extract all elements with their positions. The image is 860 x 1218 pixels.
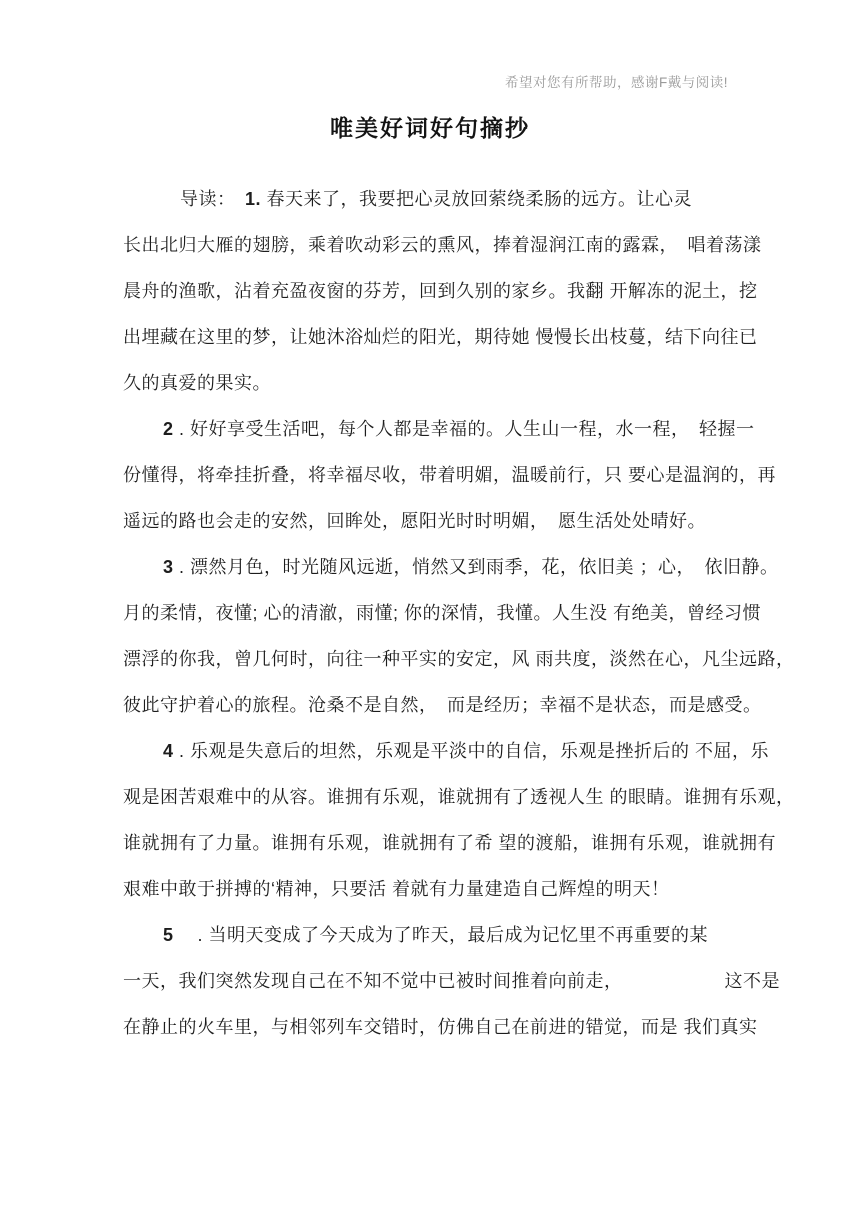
paragraph-line: 导读： 1. 春天来了，我要把心灵放回萦绕柔肠的远方。让心灵 [123, 176, 748, 222]
line-text: 春天来了，我要把心灵放回萦绕柔肠的远方。让心灵 [261, 189, 692, 209]
paragraph-line: 观是困苦艰难中的从容。谁拥有乐观，谁就拥有了透视人生 的眼睛。谁拥有乐观， [123, 774, 748, 820]
line-text: 久的真爱的果实。 [123, 373, 271, 393]
list-number: 2 [163, 419, 174, 439]
line-text: 彼此守护着心的旅程。沧桑不是自然， 而是经历；幸福不是状态，而是感受。 [123, 695, 762, 715]
line-text: . 好好享受生活吧，每个人都是幸福的。人生山一程，水一程， 轻握一 [174, 419, 755, 439]
line-text: . 当明天变成了今天成为了昨天，最后成为记忆里不再重要的某 [174, 925, 709, 945]
document-page: 希望对您有所帮助，感谢F戴与阅读! 唯美好词好句摘抄 导读： 1. 春天来了，我… [0, 0, 860, 1218]
document-body: 导读： 1. 春天来了，我要把心灵放回萦绕柔肠的远方。让心灵 长出北归大雁的翅膀… [123, 176, 748, 1050]
list-number: 5 [163, 925, 174, 945]
list-number: 3 [163, 557, 174, 577]
line-text: 月的柔情，夜懂; 心的清澈，雨懂; 你的深情，我懂。人生没 有绝美，曾经习惯 [123, 603, 761, 623]
paragraph-line: 一天，我们突然发现自己在不知不觉中已被时间推着向前走， 这不是 [123, 958, 748, 1004]
header-note: 希望对您有所帮助，感谢F戴与阅读! [505, 71, 728, 91]
paragraph-line: 长出北归大雁的翅膀，乘着吹动彩云的熏风，捧着湿润江南的露霖， 唱着荡漾 [123, 222, 748, 268]
paragraph-line: 漂浮的你我，曾几何时，向往一种平实的安定，风 雨共度，淡然在心，凡尘远路， [123, 636, 748, 682]
paragraph-line: 久的真爱的果实。 [123, 360, 748, 406]
paragraph-line: 份懂得，将牵挂折叠，将幸福尽收，带着明媚，温暖前行，只 要心是温润的，再 [123, 452, 748, 498]
lead-label: 导读： [180, 189, 245, 209]
paragraph-line: 5 . 当明天变成了今天成为了昨天，最后成为记忆里不再重要的某 [123, 912, 748, 958]
line-text: 出埋藏在这里的梦，让她沐浴灿烂的阳光，期待她 慢慢长出枝蔓，结下向往已 [123, 327, 758, 347]
paragraph-line: 3 . 漂然月色，时光随风远逝，悄然又到雨季，花，依旧美 ；心， 依旧静。 [123, 544, 748, 590]
paragraph-line: 彼此守护着心的旅程。沧桑不是自然， 而是经历；幸福不是状态，而是感受。 [123, 682, 748, 728]
line-text: 在静止的火车里，与相邻列车交错时，仿佛自己在前进的错觉，而是 我们真实 [123, 1017, 758, 1037]
paragraph-line: 月的柔情，夜懂; 心的清澈，雨懂; 你的深情，我懂。人生没 有绝美，曾经习惯 [123, 590, 748, 636]
list-number: 4 [163, 741, 174, 761]
page-title: 唯美好词好句摘抄 [0, 110, 860, 143]
paragraph-line: 谁就拥有了力量。谁拥有乐观，谁就拥有了希 望的渡船，谁拥有乐观，谁就拥有 [123, 820, 748, 866]
line-text: . 漂然月色，时光随风远逝，悄然又到雨季，花，依旧美 ；心， 依旧静。 [174, 557, 779, 577]
line-text: 长出北归大雁的翅膀，乘着吹动彩云的熏风，捧着湿润江南的露霖， 唱着荡漾 [123, 235, 762, 255]
paragraph-line: 4 . 乐观是失意后的坦然，乐观是平淡中的自信，乐观是挫折后的 不屈，乐 [123, 728, 748, 774]
line-text: 份懂得，将牵挂折叠，将幸福尽收，带着明媚，温暖前行，只 要心是温润的，再 [123, 465, 776, 485]
paragraph-line: 晨舟的渔歌，沾着充盈夜窗的芬芳，回到久别的家乡。我翻 开解冻的泥土，挖 [123, 268, 748, 314]
line-text: 遥远的路也会走的安然，回眸处，愿阳光时时明媚， 愿生活处处晴好。 [123, 511, 706, 531]
paragraph-line: 在静止的火车里，与相邻列车交错时，仿佛自己在前进的错觉，而是 我们真实 [123, 1004, 748, 1050]
line-text: 晨舟的渔歌，沾着充盈夜窗的芬芳，回到久别的家乡。我翻 开解冻的泥土，挖 [123, 281, 758, 301]
line-text: 艰难中敢于拼搏的‘精神，只要活 着就有力量建造自己辉煌的明天！ [123, 879, 670, 899]
line-text: 一天，我们突然发现自己在不知不觉中已被时间推着向前走， 这不是 [123, 971, 780, 991]
paragraph-line: 2 . 好好享受生活吧，每个人都是幸福的。人生山一程，水一程， 轻握一 [123, 406, 748, 452]
paragraph-line: 出埋藏在这里的梦，让她沐浴灿烂的阳光，期待她 慢慢长出枝蔓，结下向往已 [123, 314, 748, 360]
paragraph-line: 艰难中敢于拼搏的‘精神，只要活 着就有力量建造自己辉煌的明天！ [123, 866, 748, 912]
line-text: . 乐观是失意后的坦然，乐观是平淡中的自信，乐观是挫折后的 不屈，乐 [174, 741, 770, 761]
list-number: 1. [245, 189, 261, 209]
line-text: 漂浮的你我，曾几何时，向往一种平实的安定，风 雨共度，淡然在心，凡尘远路， [123, 649, 795, 669]
line-text: 观是困苦艰难中的从容。谁拥有乐观，谁就拥有了透视人生 的眼睛。谁拥有乐观， [123, 787, 795, 807]
paragraph-line: 遥远的路也会走的安然，回眸处，愿阳光时时明媚， 愿生活处处晴好。 [123, 498, 748, 544]
line-text: 谁就拥有了力量。谁拥有乐观，谁就拥有了希 望的渡船，谁拥有乐观，谁就拥有 [123, 833, 776, 853]
